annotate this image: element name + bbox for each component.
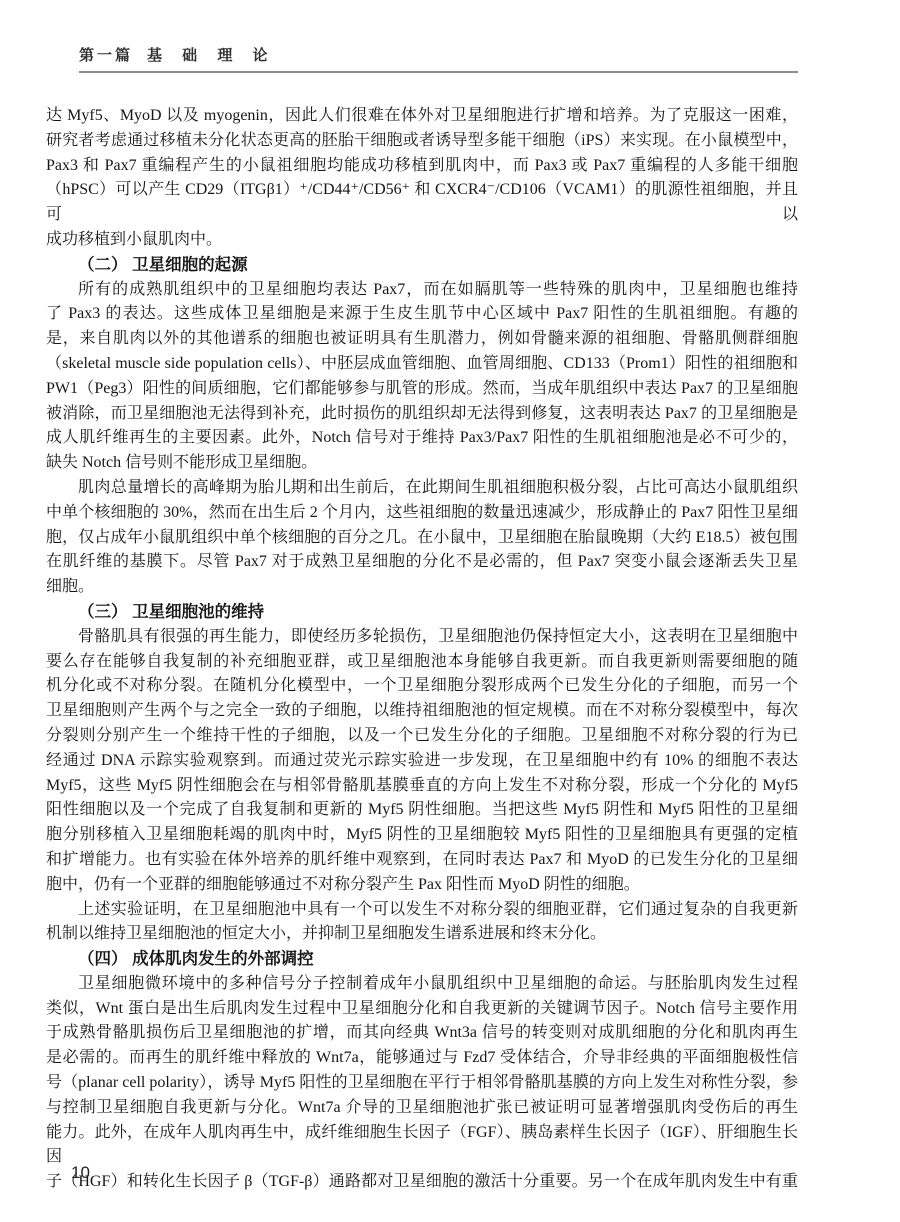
- text-line: 号（planar cell polarity），诱导 Myf5 阳性的卫星细胞在…: [46, 1071, 798, 1096]
- text-line: 经通过 DNA 示踪实验观察到。而通过荧光示踪实验进一步发现，在卫星细胞中约有 …: [46, 749, 798, 774]
- text-line: 胞中，仍有一个亚群的细胞能够通过不对称分裂产生 Pax 阳性而 MyoD 阴性的…: [46, 873, 798, 898]
- page-number: 10: [71, 1163, 90, 1183]
- text-line: 阳性细胞以及一个完成了自我复制和更新的 Myf5 阴性细胞。当把这些 Myf5 …: [46, 798, 798, 823]
- text-line: 被消除，而卫星细胞池无法得到补充，此时损伤的肌组织却无法得到修复，这表明表达 P…: [46, 402, 798, 427]
- text-line: Pax3 和 Pax7 重编程产生的小鼠祖细胞均能成功移植到肌肉中，而 Pax3…: [46, 154, 798, 179]
- text-line: 子（HGF）和转化生长因子 β（TGF-β）通路都对卫星细胞的激活十分重要。另一…: [46, 1170, 798, 1195]
- text-line: 类似，Wnt 蛋白是出生后肌肉发生过程中卫星细胞分化和自我更新的关键调节因子。N…: [46, 997, 798, 1022]
- text-line: 能力。此外，在成年人肌肉再生中，成纤维细胞生长因子（FGF）、胰岛素样生长因子（…: [46, 1121, 798, 1171]
- text-line: 卫星细胞则产生两个与之完全一致的子细胞，以维持祖细胞池的恒定规模。而在不对称分裂…: [46, 699, 798, 724]
- book-page: 第一篇基 础 理 论 达 Myf5、MyoD 以及 myogenin，因此人们很…: [0, 0, 900, 1222]
- section-heading: （四） 成体肌肉发生的外部调控: [46, 947, 798, 972]
- text-line: 成人肌纤维再生的主要因素。此外，Notch 信号对于维持 Pax3/Pax7 阳…: [46, 426, 798, 451]
- text-line: 分裂则分别产生一个维持干性的子细胞，以及一个已发生分化的子细胞。卫星细胞不对称分…: [46, 724, 798, 749]
- header-rule: [79, 71, 798, 73]
- text-line: 骨骼肌具有很强的再生能力，即使经历多轮损伤，卫星细胞池仍保持恒定大小，这表明在卫…: [46, 625, 798, 650]
- text-line: 上述实验证明，在卫星细胞池中具有一个可以发生不对称分裂的细胞亚群，它们通过复杂的…: [46, 898, 798, 923]
- text-line: 所有的成熟肌组织中的卫星细胞均表达 Pax7，而在如膈肌等一些特殊的肌肉中，卫星…: [46, 278, 798, 303]
- text-line: 细胞。: [46, 575, 798, 600]
- text-line: 机分化或不对称分裂。在随机分化模型中，一个卫星细胞分裂形成两个已发生分化的子细胞…: [46, 674, 798, 699]
- text-line: 和扩增能力。也有实验在体外培养的肌纤维中观察到，在同时表达 Pax7 和 Myo…: [46, 848, 798, 873]
- running-header-title: 基 础 理 论: [147, 47, 276, 64]
- text-line: 中单个核细胞的 30%，然而在出生后 2 个月内，这些祖细胞的数量迅速减少，形成…: [46, 501, 798, 526]
- running-header-part: 第一篇: [79, 47, 133, 64]
- text-line: 成功移植到小鼠肌肉中。: [46, 228, 798, 253]
- section-heading: （二） 卫星细胞的起源: [46, 253, 798, 278]
- text-line: 于成熟骨骼肌损伤后卫星细胞池的扩增，而其向经典 Wnt3a 信号的转变则对成肌细…: [46, 1021, 798, 1046]
- text-line: 胞分别移植入卫星细胞耗竭的肌肉中时，Myf5 阴性的卫星细胞较 Myf5 阳性的…: [46, 823, 798, 848]
- text-line: （hPSC）可以产生 CD29（ITGβ1）⁺/CD44⁺/CD56⁺ 和 CX…: [46, 178, 798, 228]
- text-line: 了 Pax3 的表达。这些成体卫星细胞是来源于生皮生肌节中心区域中 Pax7 阳…: [46, 302, 798, 327]
- text-line: 肌肉总量增长的高峰期为胎儿期和出生前后，在此期间生肌祖细胞积极分裂，占比可高达小…: [46, 476, 798, 501]
- text-line: （skeletal muscle side population cells）、…: [46, 352, 798, 377]
- text-line: 卫星细胞微环境中的多种信号分子控制着成年小鼠肌组织中卫星细胞的命运。与胚胎肌肉发…: [46, 972, 798, 997]
- text-line: 是必需的。而再生的肌纤维中释放的 Wnt7a，能够通过与 Fzd7 受体结合，介…: [46, 1046, 798, 1071]
- running-header: 第一篇基 础 理 论: [79, 44, 276, 65]
- text-line: 要么存在能够自我复制的补充细胞亚群，或卫星细胞池本身能够自我更新。而自我更新则需…: [46, 650, 798, 675]
- document-body: 达 Myf5、MyoD 以及 myogenin，因此人们很难在体外对卫星细胞进行…: [46, 104, 798, 1195]
- text-line: 是，来自肌肉以外的其他谱系的细胞也被证明具有生肌潜力，例如骨髓来源的祖细胞、骨骼…: [46, 327, 798, 352]
- text-line: 研究者考虑通过移植未分化状态更高的胚胎干细胞或者诱导型多能干细胞（iPS）来实现…: [46, 129, 798, 154]
- text-line: 缺失 Notch 信号则不能形成卫星细胞。: [46, 451, 798, 476]
- text-line: 胞，仅占成年小鼠肌组织中单个核细胞的百分之几。在小鼠中，卫星细胞在胎鼠晚期（大约…: [46, 526, 798, 551]
- text-line: 与控制卫星细胞自我更新与分化。Wnt7a 介导的卫星细胞池扩张已被证明可显著增强…: [46, 1096, 798, 1121]
- text-line: 机制以维持卫星细胞池的恒定大小，并抑制卫星细胞发生谱系进展和终末分化。: [46, 922, 798, 947]
- section-heading: （三） 卫星细胞池的维持: [46, 600, 798, 625]
- text-line: 达 Myf5、MyoD 以及 myogenin，因此人们很难在体外对卫星细胞进行…: [46, 104, 798, 129]
- text-line: Myf5，这些 Myf5 阴性细胞会在与相邻骨骼肌基膜垂直的方向上发生不对称分裂…: [46, 774, 798, 799]
- text-line: 在肌纤维的基膜下。尽管 Pax7 对于成熟卫星细胞的分化不是必需的，但 Pax7…: [46, 550, 798, 575]
- text-line: PW1（Peg3）阳性的间质细胞，它们都能够参与肌管的形成。然而，当成年肌组织中…: [46, 377, 798, 402]
